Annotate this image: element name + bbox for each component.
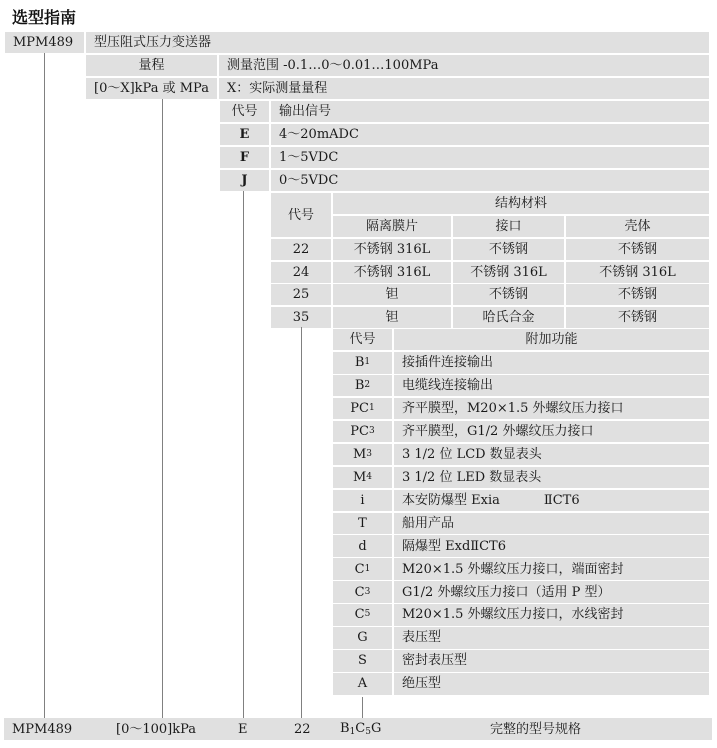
- code-text: B: [355, 356, 365, 369]
- function-value: 齐平膜型，M20×1.5 外螺纹压力接口: [394, 398, 709, 420]
- code-text: G: [357, 631, 367, 644]
- function-value: G1/2 外螺纹压力接口（适用 P 型）: [394, 581, 709, 603]
- function-code: T: [333, 513, 392, 535]
- code-text: G: [371, 721, 381, 736]
- example-range: [0～100]kPa: [116, 723, 196, 736]
- code-subscript: 3: [365, 588, 371, 597]
- material-group-header: 结构材料: [333, 193, 709, 214]
- function-value-header: 附加功能: [394, 329, 709, 350]
- code-text: C: [355, 721, 365, 736]
- example-function-part: C5: [355, 721, 371, 736]
- material-value: 钽: [333, 284, 451, 305]
- function-value-text: 表压型: [402, 631, 441, 644]
- material-value: 哈氏合金: [453, 307, 564, 328]
- material-code-header: 代号: [271, 193, 331, 237]
- function-value: 齐平膜型，G1/2 外螺纹压力接口: [394, 421, 709, 443]
- code-text: S: [358, 654, 367, 667]
- function-code-header: 代号: [333, 329, 392, 350]
- code-text: C: [355, 608, 365, 621]
- code-text: i: [360, 494, 364, 507]
- example-function-part: B1: [340, 721, 355, 736]
- material-code: 35: [271, 307, 331, 328]
- material-value: 不锈钢 316L: [566, 262, 709, 283]
- function-code: C3: [333, 581, 392, 603]
- output-value: 0～5VDC: [271, 170, 709, 191]
- code-subscript: 1: [364, 358, 370, 367]
- range-format-label: [0～X]kPa 或 MPa: [86, 78, 217, 99]
- output-code: J: [220, 170, 269, 191]
- code-text: A: [358, 677, 367, 690]
- output-value: 1～5VDC: [271, 147, 709, 168]
- code-text: C: [355, 586, 365, 599]
- range-format-value: X：实际测量量程: [219, 78, 709, 99]
- function-code: M4: [333, 467, 392, 489]
- connector-line-range: [162, 99, 163, 718]
- function-value-text: 3 1/2 位 LED 数显表头: [402, 471, 541, 484]
- material-value: 不锈钢: [453, 284, 564, 305]
- function-value-text: 本安防爆型 Exia: [402, 494, 500, 507]
- example-output: E: [238, 723, 248, 736]
- function-value: 接插件连接输出: [394, 352, 709, 374]
- example-function-part: G: [371, 721, 381, 736]
- function-value: 绝压型: [394, 673, 709, 695]
- range-header-value: 测量范围 -0.1…0～0.01…100MPa: [219, 55, 709, 76]
- example-model: MPM489: [12, 723, 72, 736]
- material-col-interface: 接口: [453, 216, 564, 237]
- material-value: 不锈钢 316L: [333, 239, 451, 260]
- function-value: 密封表压型: [394, 650, 709, 672]
- function-value-text: 3 1/2 位 LCD 数显表头: [402, 448, 542, 461]
- function-value: 表压型: [394, 627, 709, 649]
- function-value: 电缆线连接输出: [394, 375, 709, 397]
- code-subscript: 2: [364, 381, 370, 390]
- output-value-header: 输出信号: [271, 101, 709, 122]
- range-header-label: 量程: [86, 55, 217, 76]
- material-value: 钽: [333, 307, 451, 328]
- material-value: 不锈钢 316L: [333, 262, 451, 283]
- code-subscript: 1: [365, 565, 371, 574]
- material-value: 不锈钢 316L: [453, 262, 564, 283]
- material-value: 不锈钢: [566, 239, 709, 260]
- product-description: 型压阻式压力变送器: [86, 32, 709, 53]
- code-text: M: [353, 471, 366, 484]
- code-text: M: [353, 448, 366, 461]
- function-code: S: [333, 650, 392, 672]
- code-text: B: [355, 379, 365, 392]
- code-text: PC: [350, 425, 369, 438]
- function-value-text: 密封表压型: [402, 654, 467, 667]
- material-col-diaphragm: 隔离膜片: [333, 216, 451, 237]
- material-value: 不锈钢: [453, 239, 564, 260]
- connector-line-function: [362, 697, 363, 718]
- material-value: 不锈钢: [566, 307, 709, 328]
- connector-line-model: [44, 53, 45, 718]
- function-value-text: 电缆线连接输出: [402, 379, 493, 392]
- function-value-text: 船用产品: [402, 517, 454, 530]
- function-value: M20×1.5 外螺纹压力接口，水线密封: [394, 604, 709, 626]
- output-code: E: [220, 124, 269, 145]
- function-code: A: [333, 673, 392, 695]
- code-subscript: 3: [366, 450, 372, 459]
- code-subscript: 5: [365, 610, 371, 619]
- function-value-text: G1/2 外螺纹压力接口（适用 P 型）: [402, 586, 610, 599]
- function-value-text: M20×1.5 外螺纹压力接口，端面密封: [402, 563, 624, 576]
- material-code: 24: [271, 262, 331, 283]
- example-row: MPM489 [0～100]kPa E 22 B1C5G 完整的型号规格: [4, 718, 712, 740]
- function-value: 3 1/2 位 LCD 数显表头: [394, 444, 709, 466]
- function-value: 本安防爆型 ExiaⅡCT6: [394, 490, 709, 512]
- function-value-suffix: ⅡCT6: [544, 494, 580, 507]
- function-code: G: [333, 627, 392, 649]
- function-code: C1: [333, 558, 392, 580]
- function-value: 隔爆型 ExdⅡCT6: [394, 535, 709, 557]
- function-value: 船用产品: [394, 513, 709, 535]
- output-code-header: 代号: [220, 101, 269, 122]
- code-subscript: 3: [369, 427, 375, 436]
- page-title: 选型指南: [12, 5, 76, 28]
- function-value-text: 齐平膜型，M20×1.5 外螺纹压力接口: [402, 402, 624, 415]
- code-text: T: [358, 517, 367, 530]
- material-value: 不锈钢: [566, 284, 709, 305]
- function-code: PC3: [333, 421, 392, 443]
- example-label: 完整的型号规格: [490, 723, 581, 736]
- code-text: C: [355, 563, 365, 576]
- code-text: B: [340, 721, 350, 736]
- output-value: 4～20mADC: [271, 124, 709, 145]
- material-code: 25: [271, 284, 331, 305]
- function-code: B1: [333, 352, 392, 374]
- function-code: M3: [333, 444, 392, 466]
- function-code: PC1: [333, 398, 392, 420]
- function-code: i: [333, 490, 392, 512]
- connector-line-output: [243, 191, 244, 718]
- material-col-housing: 壳体: [566, 216, 709, 237]
- function-value: M20×1.5 外螺纹压力接口，端面密封: [394, 558, 709, 580]
- product-model: MPM489: [5, 32, 84, 53]
- code-text: PC: [350, 402, 369, 415]
- material-code: 22: [271, 239, 331, 260]
- function-value: 3 1/2 位 LED 数显表头: [394, 467, 709, 489]
- function-code: d: [333, 535, 392, 557]
- code-text: d: [358, 540, 366, 553]
- code-subscript: 4: [366, 473, 372, 482]
- function-value-text: 接插件连接输出: [402, 356, 493, 369]
- function-value-text: 隔爆型 ExdⅡCT6: [402, 540, 506, 553]
- output-code: F: [220, 147, 269, 168]
- function-value-text: M20×1.5 外螺纹压力接口，水线密封: [402, 608, 624, 621]
- code-subscript: 1: [369, 404, 375, 413]
- example-functions: B1C5G: [340, 722, 381, 737]
- connector-line-material: [301, 327, 302, 718]
- function-code: B2: [333, 375, 392, 397]
- function-code: C5: [333, 604, 392, 626]
- function-value-text: 齐平膜型，G1/2 外螺纹压力接口: [402, 425, 593, 438]
- function-value-text: 绝压型: [402, 677, 441, 690]
- example-material: 22: [294, 723, 311, 736]
